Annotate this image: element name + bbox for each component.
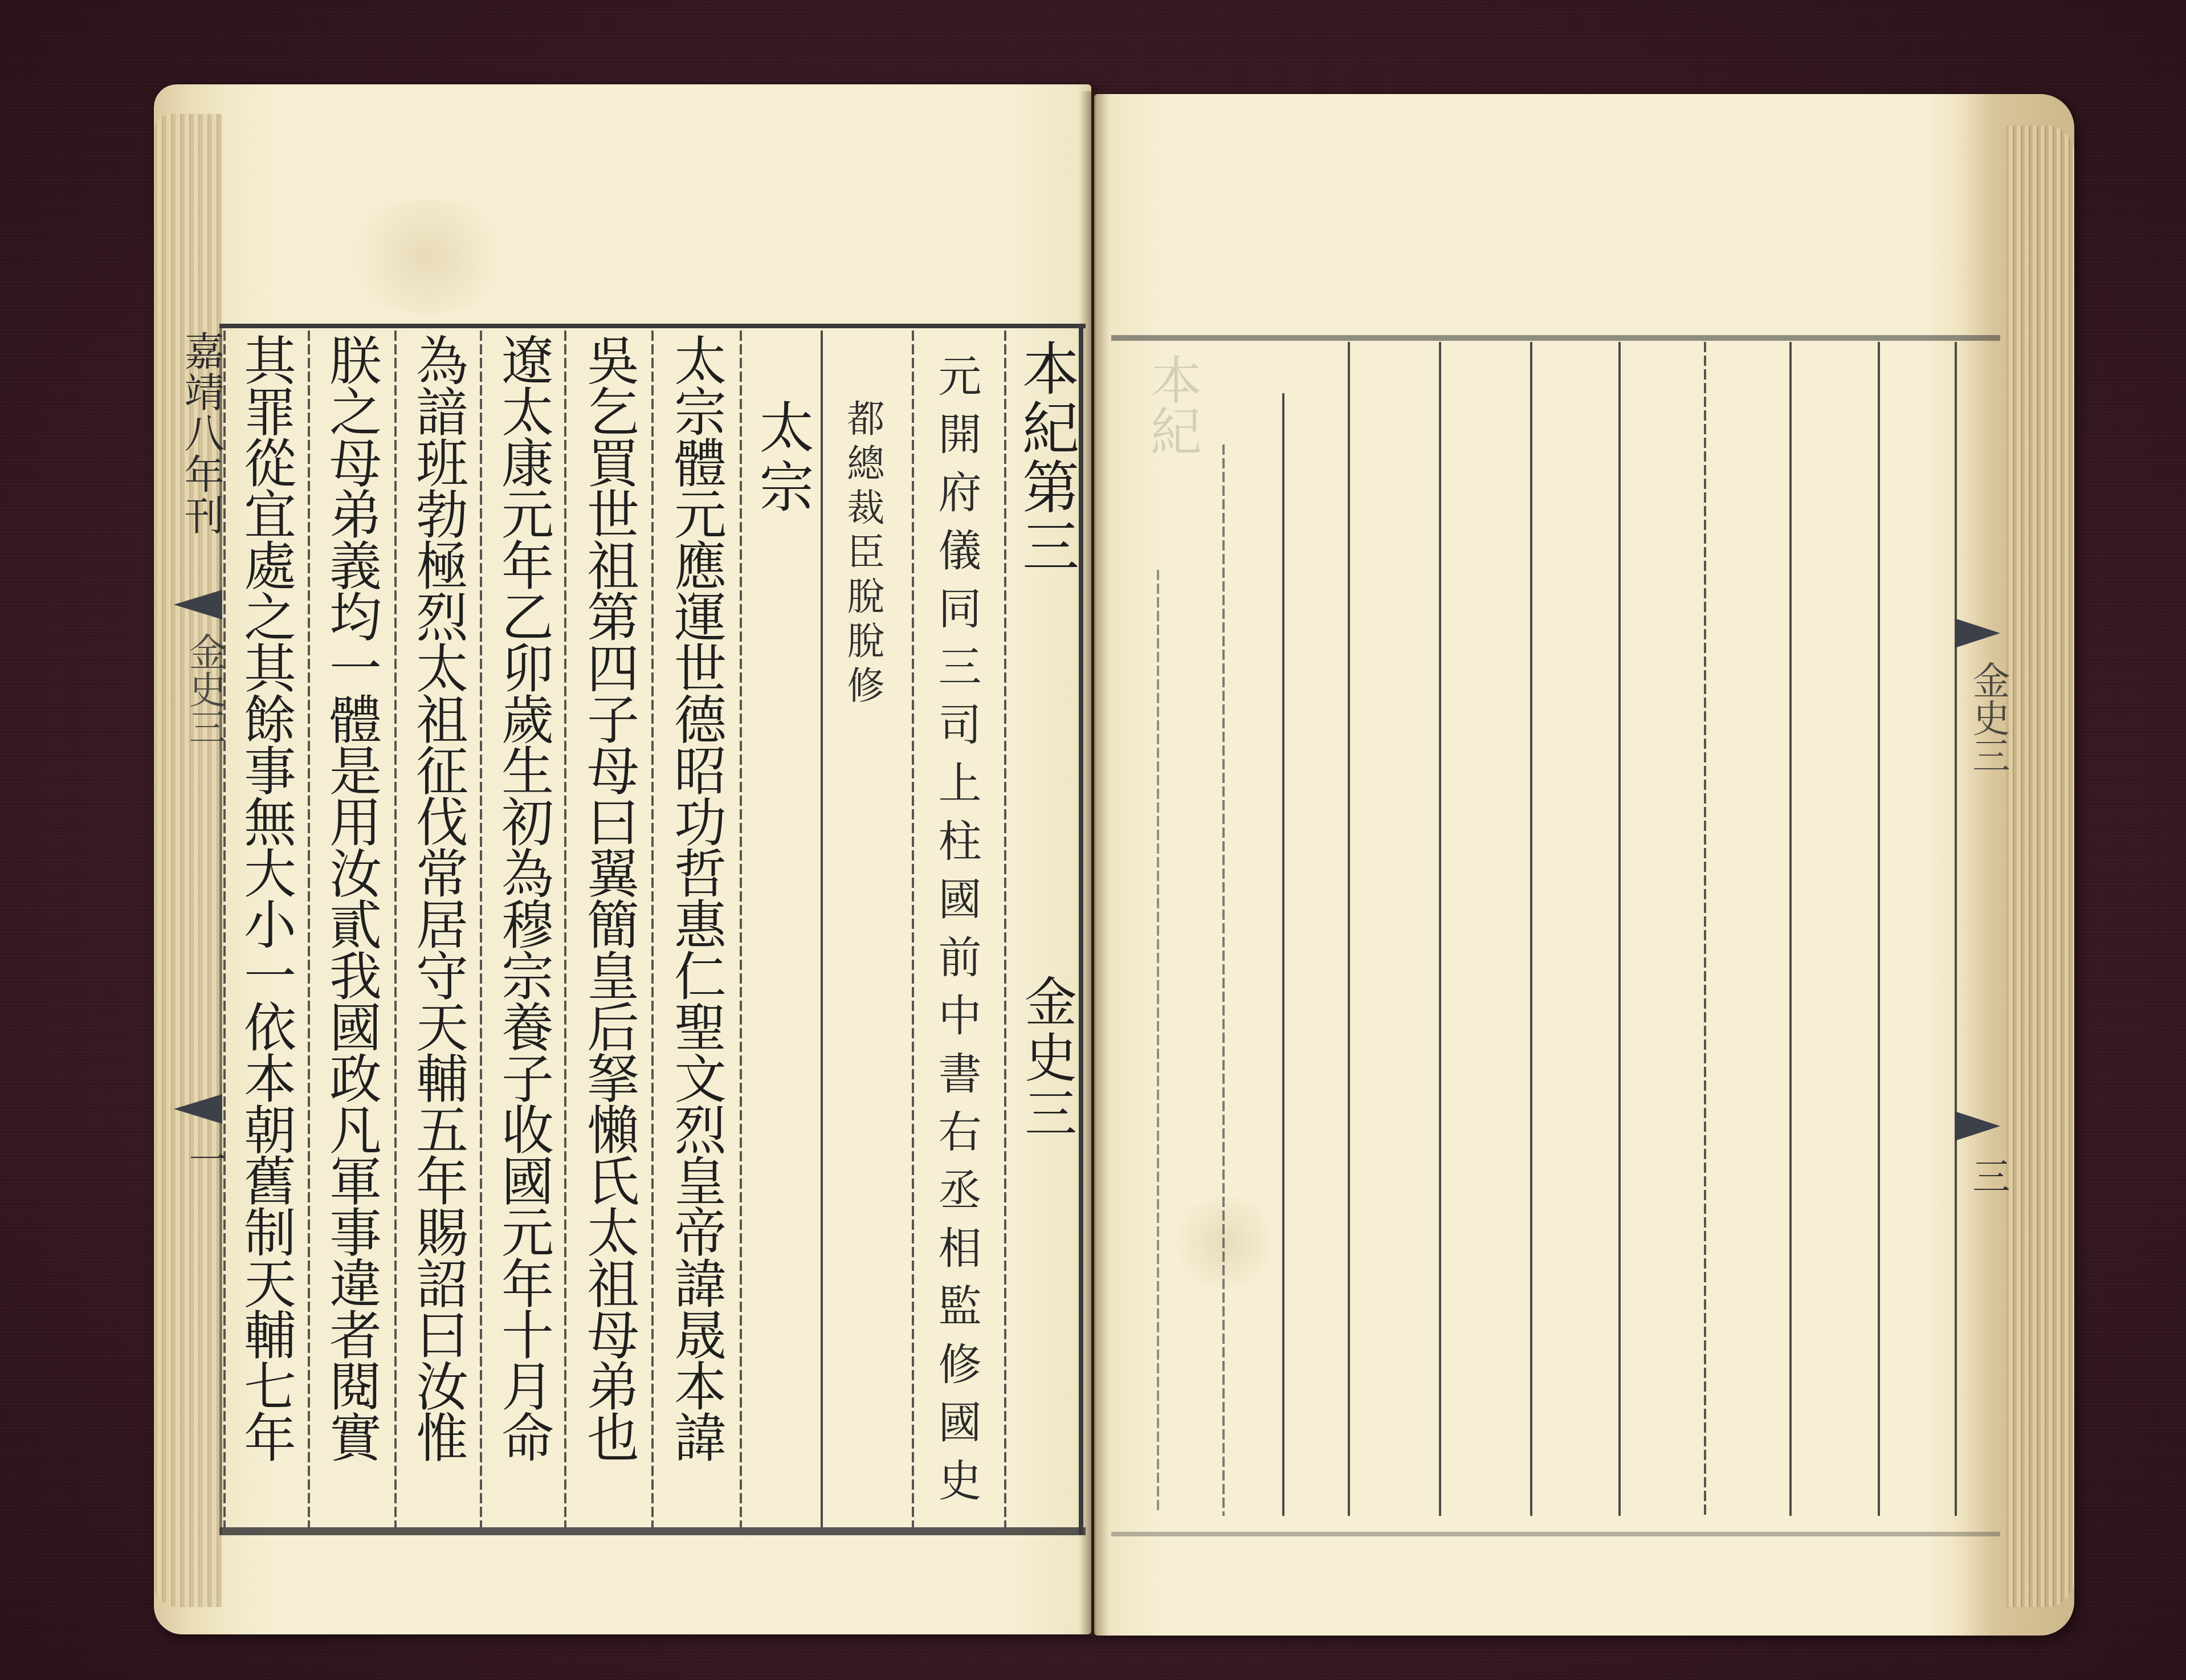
column-rule: [564, 331, 566, 1527]
body-column-5: 朕之母弟義均一體是用汝貳我國政凡軍事違者閱實: [325, 333, 377, 1462]
column-rule: [821, 331, 823, 1527]
column-rule: [740, 331, 742, 1527]
author-line: 元開府儀同三司上柱國前中書右丞相監修國史: [935, 353, 978, 1516]
column-rule: [1878, 342, 1880, 1516]
show-through-text: 本紀: [1134, 353, 1208, 456]
column-rule: [480, 331, 482, 1527]
column-rule: [308, 331, 310, 1527]
body-column-1: 太宗體元應運世德昭功哲惠仁聖文烈皇帝諱晟本諱: [670, 333, 722, 1462]
fishtail-mark-upper: [174, 590, 222, 619]
right-page-stack-edges: [2006, 125, 2074, 1607]
column-rule: [1618, 342, 1621, 1516]
right-page: [1094, 94, 2074, 1636]
right-frame-bottom: [1111, 1532, 2000, 1536]
column-rule: [1704, 342, 1706, 1516]
edition-note: 嘉靖八年刊: [181, 331, 221, 536]
column-rule: [1955, 342, 1957, 1516]
margin-page-number: 一: [185, 1140, 223, 1177]
column-rule: [1530, 342, 1532, 1516]
margin-book-title: 金史三: [1969, 661, 2006, 774]
paper-stain: [1168, 1197, 1282, 1288]
body-column-3: 遼太康元年乙卯歲生初為穆宗養子收國元年十月命: [497, 333, 549, 1462]
section-heading: 太宗: [755, 399, 810, 517]
column-rule: [1282, 393, 1284, 1516]
chapter-title: 本紀第三: [1017, 339, 1074, 576]
fishtail-mark-upper: [1955, 618, 2000, 648]
column-rule: [1439, 342, 1441, 1516]
column-rule: [1004, 331, 1006, 1527]
column-rule: [651, 331, 654, 1527]
left-frame-right: [1079, 324, 1083, 1535]
compiler-line: 都總裁臣脫脫修: [843, 399, 881, 710]
column-rule: [1789, 342, 1792, 1516]
margin-page-number: 三: [1969, 1157, 2006, 1194]
fishtail-mark-lower: [174, 1094, 222, 1124]
column-rule: [1222, 445, 1225, 1516]
fishtail-mark-lower: [1955, 1111, 2000, 1141]
margin-book-title: 金史三: [185, 633, 223, 745]
body-column-6: 其罪從宜處之其餘事無大小一依本朝舊制天輔七年: [239, 333, 292, 1462]
left-frame-top: [219, 324, 1086, 328]
volume-label: 金史三: [1020, 974, 1072, 1142]
body-column-2: 吳乞買世祖第四子母曰翼簡皇后拏懶氏太祖母弟也: [582, 333, 635, 1462]
column-rule: [394, 331, 397, 1527]
column-rule: [1348, 342, 1350, 1516]
left-frame-bottom: [219, 1527, 1086, 1535]
right-frame-top: [1111, 335, 2000, 341]
body-column-4: 為諳班勃極烈太祖征伐常居守天輔五年賜詔曰汝惟: [411, 333, 464, 1462]
book-gutter: [1080, 91, 1108, 1636]
column-rule: [1157, 570, 1159, 1510]
column-rule: [912, 331, 914, 1527]
paper-stain: [342, 199, 513, 313]
